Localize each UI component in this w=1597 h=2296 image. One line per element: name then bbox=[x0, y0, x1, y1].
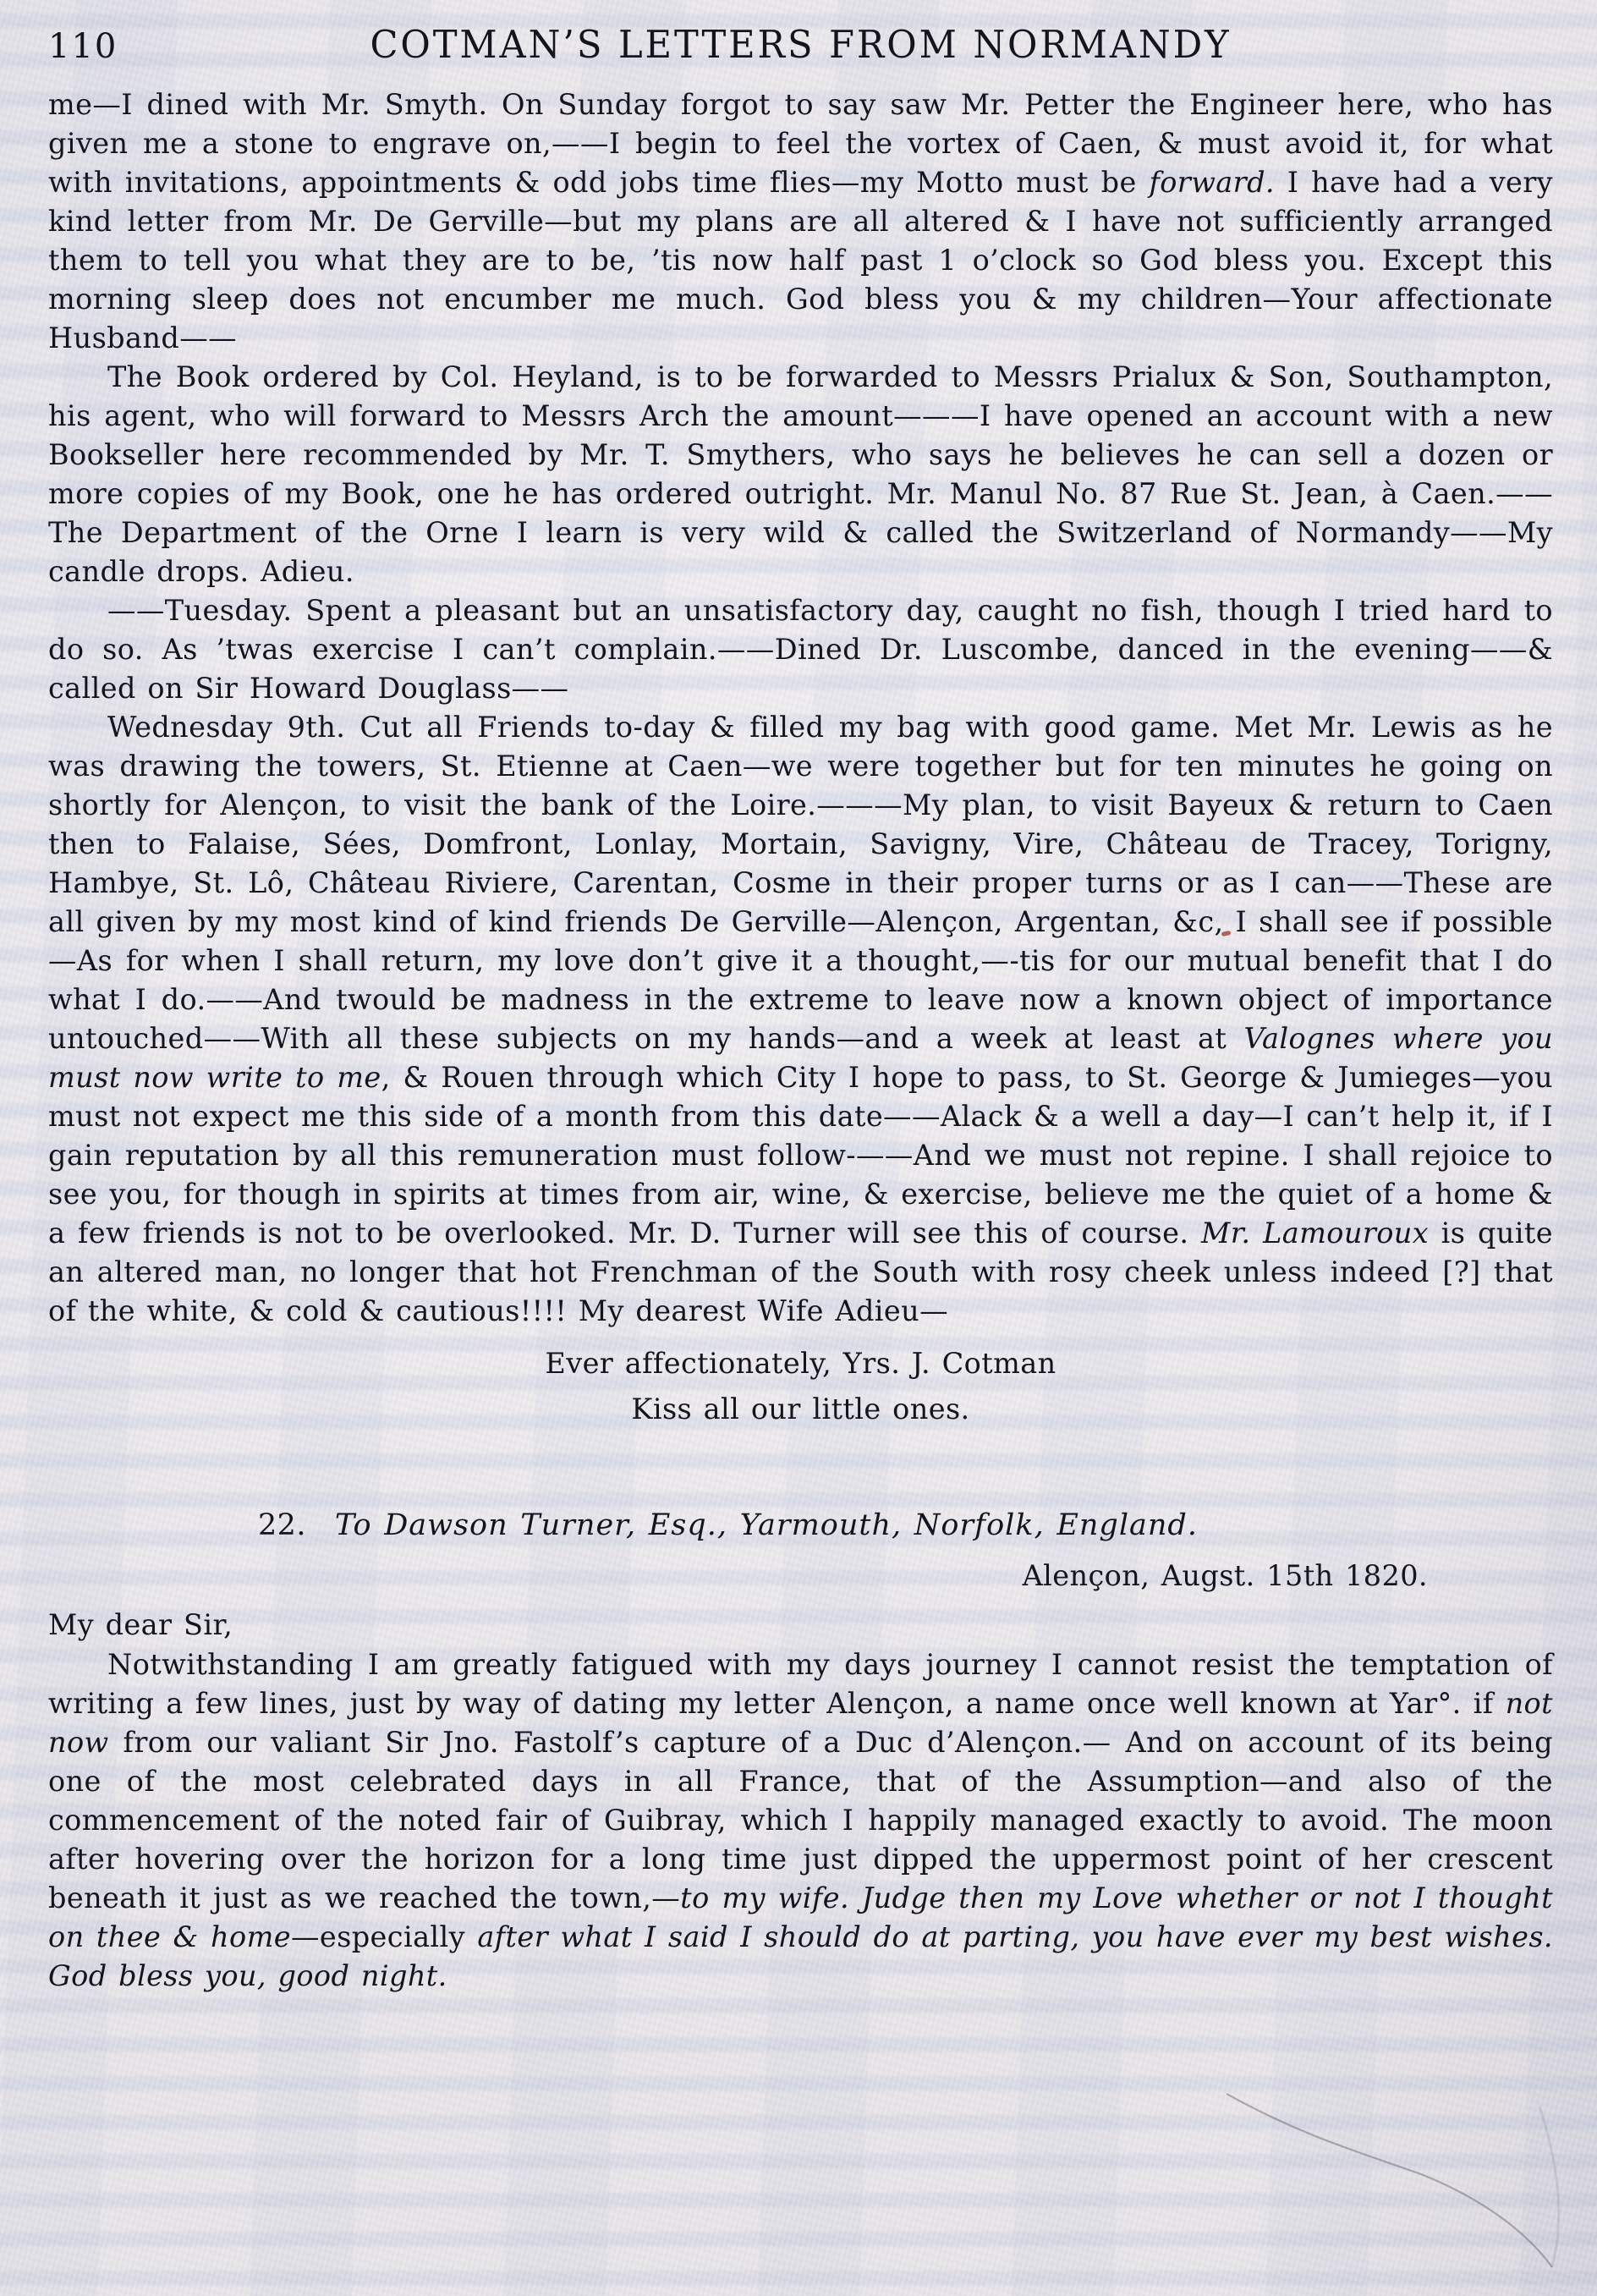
text-run: Notwithstanding I am greatly fatigued wi… bbox=[48, 1648, 1553, 1720]
letter-22-paragraph: Notwithstanding I am greatly fatigued wi… bbox=[48, 1645, 1553, 1996]
postscript: Kiss all our little ones. bbox=[48, 1387, 1553, 1432]
italic-phrase-lamouroux: Mr. Lamouroux bbox=[1201, 1217, 1429, 1250]
letter-number: 22. bbox=[258, 1508, 306, 1542]
book-page: 110 COTMAN’S LETTERS FROM NORMANDY me—I … bbox=[0, 0, 1597, 2296]
paragraph-continuation: me—I dined with Mr. Smyth. On Sunday for… bbox=[48, 85, 1553, 358]
paragraph-wednesday: Wednesday 9th. Cut all Friends to-day & … bbox=[48, 708, 1553, 1331]
paragraph-book-ordered: The Book ordered by Col. Heyland, is to … bbox=[48, 358, 1553, 591]
text-run: —especially bbox=[291, 1920, 477, 1953]
paper-crease bbox=[1167, 2056, 1590, 2293]
paragraph-tuesday: ——Tuesday. Spent a pleasant but an unsat… bbox=[48, 591, 1553, 708]
letter-22-salutation: My dear Sir, bbox=[48, 1605, 1553, 1645]
text-run: Wednesday 9th. Cut all Friends to-day & … bbox=[48, 711, 1553, 1055]
running-title: COTMAN’S LETTERS FROM NORMANDY bbox=[241, 25, 1361, 63]
letter-address: To Dawson Turner, Esq., Yarmouth, Norfol… bbox=[335, 1508, 1198, 1542]
page-header: 110 COTMAN’S LETTERS FROM NORMANDY bbox=[0, 0, 1597, 63]
letter-22-heading: 22.To Dawson Turner, Esq., Yarmouth, Nor… bbox=[48, 1505, 1553, 1546]
letter-closing: Ever affectionately, Yrs. J. Cotman Kiss… bbox=[48, 1341, 1553, 1432]
valediction: Ever affectionately, Yrs. J. Cotman bbox=[48, 1341, 1553, 1387]
page-content: 110 COTMAN’S LETTERS FROM NORMANDY me—I … bbox=[0, 0, 1597, 1996]
folio-number: 110 bbox=[48, 30, 217, 63]
letter-22-dateline: Alençon, Augst. 15th 1820. bbox=[48, 1556, 1553, 1596]
italic-phrase-forward: forward. bbox=[1149, 166, 1275, 199]
letter-body: me—I dined with Mr. Smyth. On Sunday for… bbox=[0, 63, 1597, 1996]
